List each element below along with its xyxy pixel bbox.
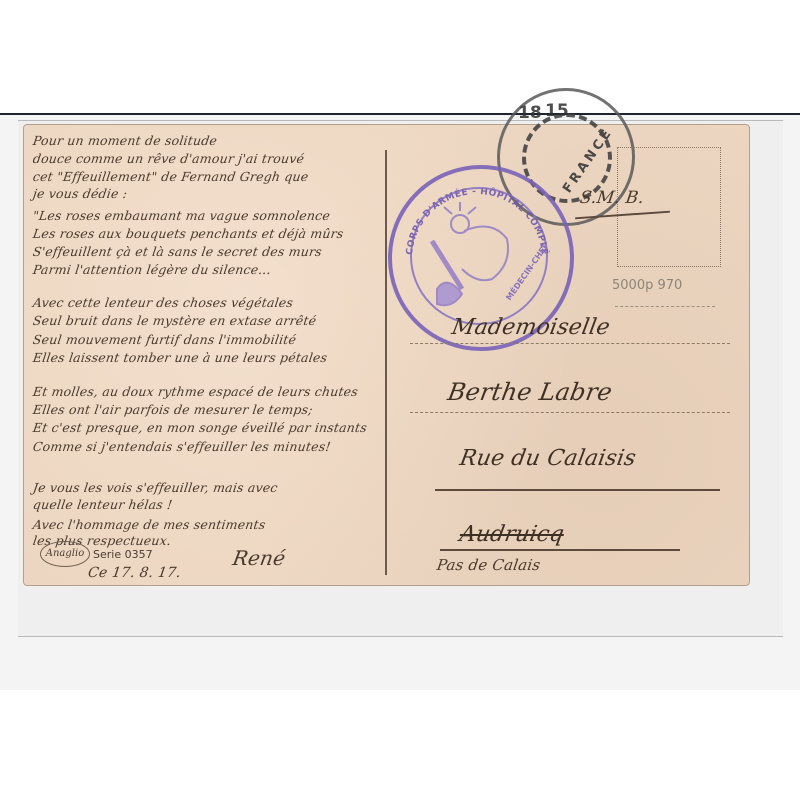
address-rule bbox=[435, 489, 720, 491]
message-line: Seul mouvement furtif dans l'immobilité bbox=[32, 332, 297, 347]
address-rule bbox=[410, 343, 730, 344]
address-line-4: Audruicq bbox=[458, 522, 566, 547]
svg-text:CORPS D'ARMÉE - HÔPITAL COMPLÉ: CORPS D'ARMÉE - HÔPITAL COMPLÉMre No 38 … bbox=[392, 169, 551, 256]
postmark-day: 18 bbox=[518, 103, 542, 123]
message-line: "Les roses embaumant ma vague somnolence bbox=[32, 208, 331, 223]
message-line: Je vous les vois s'effeuiller, mais avec bbox=[32, 480, 279, 495]
message-line: S'effeuillent çà et là sans le secret de… bbox=[32, 244, 323, 259]
address-line-3: Rue du Calaisis bbox=[458, 446, 638, 471]
pencil-underline bbox=[615, 306, 715, 307]
signature: René bbox=[231, 546, 288, 570]
publisher-logo: Anaglio bbox=[40, 541, 90, 567]
message-line: Pour un moment de solitude bbox=[32, 133, 218, 148]
message-line: Et c'est presque, en mon songe éveillé p… bbox=[32, 420, 368, 435]
message-line: Elles laissent tomber une à une leurs pé… bbox=[32, 350, 328, 365]
message-line: je vous dédie : bbox=[32, 186, 128, 201]
address-rule bbox=[440, 549, 680, 551]
serie-number: Serie 0357 bbox=[93, 548, 153, 561]
postmark-month: 15 bbox=[545, 101, 569, 121]
message-line: Et molles, au doux rythme espacé de leur… bbox=[32, 384, 359, 399]
message-line: cet "Effeuillement" de Fernand Gregh que bbox=[32, 169, 310, 184]
pencil-note: 5000p 970 bbox=[612, 278, 682, 293]
message-line: Avec l'hommage de mes sentiments bbox=[32, 517, 267, 532]
message-line: Seul bruit dans le mystère en extase arr… bbox=[32, 313, 317, 328]
address-line-1: Mademoiselle bbox=[450, 315, 612, 340]
message-line: Parmi l'attention légère du silence... bbox=[32, 262, 272, 277]
hospital-stamp-figure-icon: CORPS D'ARMÉE - HÔPITAL COMPLÉMre No 38 … bbox=[392, 169, 562, 339]
message-line: Comme si j'entendais s'effeuiller les mi… bbox=[32, 439, 332, 454]
svg-text:MÉDECIN-CHEF: MÉDECIN-CHEF bbox=[503, 240, 551, 302]
date: Ce 17. 8. 17. bbox=[87, 565, 182, 581]
message-line: douce comme un rêve d'amour j'ai trouvé bbox=[32, 151, 305, 166]
divider-line bbox=[385, 150, 387, 575]
franchise-note: S.M. B. bbox=[579, 188, 646, 208]
message-line: Avec cette lenteur des choses végétales bbox=[32, 295, 294, 310]
message-line: Elles ont l'air parfois de mesurer le te… bbox=[32, 402, 314, 417]
message-line: quelle lenteur hélas ! bbox=[32, 497, 174, 512]
message-line: Les roses aux bouquets penchants et déjà… bbox=[32, 226, 345, 241]
address-rule bbox=[410, 412, 730, 413]
address-line-5: Pas de Calais bbox=[436, 556, 542, 574]
address-line-2: Berthe Labre bbox=[446, 378, 615, 406]
